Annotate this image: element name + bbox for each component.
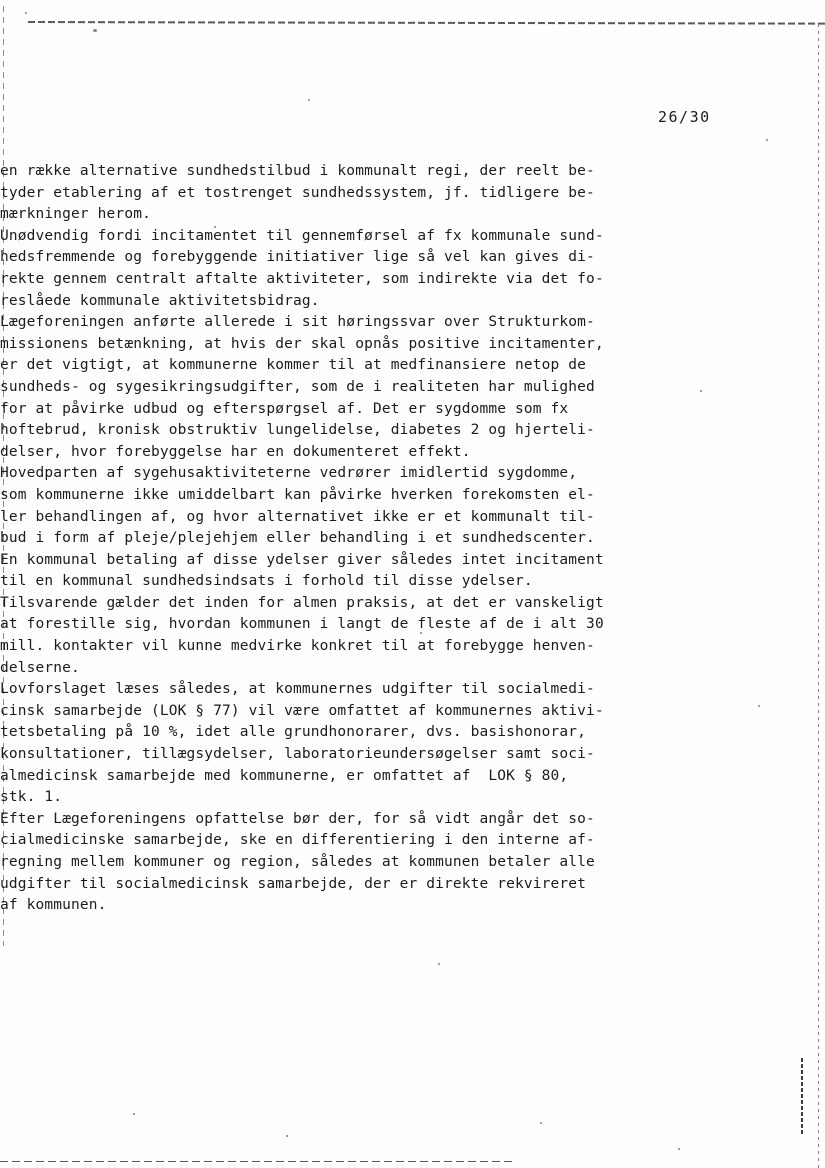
scan-speck xyxy=(133,1113,135,1115)
scan-speck xyxy=(766,139,768,141)
scan-speck xyxy=(438,963,440,965)
paragraph-laegeforeningen: Lægeforeningen anførte allerede i sit hø… xyxy=(0,312,825,463)
scan-speck xyxy=(540,1122,542,1124)
scan-speck xyxy=(286,1135,288,1137)
document-page: 26/30 en række alternative sundhedstilbu… xyxy=(0,0,825,1168)
paragraph-intro: en række alternative sundhedstilbud i ko… xyxy=(0,161,825,226)
paragraph-hovedparten: Hovedparten af sygehusaktiviteterne vedr… xyxy=(0,463,825,593)
page-number: 26/30 xyxy=(658,108,711,126)
document-body: en række alternative sundhedstilbud i ko… xyxy=(0,161,825,917)
scan-artifact-top-edge xyxy=(28,21,825,25)
scan-artifact-right-mark xyxy=(801,1058,803,1134)
scan-artifact-bottom-edge xyxy=(0,1161,512,1162)
paragraph-tilsvarende: Tilsvarende gælder det inden for almen p… xyxy=(0,593,825,679)
paragraph-lovforslaget: Lovforslaget læses således, at kommunern… xyxy=(0,679,825,809)
scan-speck xyxy=(25,12,27,14)
paragraph-efter: Efter Lægeforeningens opfattelse bør der… xyxy=(0,809,825,917)
scan-speck xyxy=(308,99,310,101)
paragraph-unnecessary: Unødvendig fordi incitamentet til gennem… xyxy=(0,226,825,312)
scan-speck xyxy=(678,1148,680,1150)
scan-speck xyxy=(93,29,97,32)
